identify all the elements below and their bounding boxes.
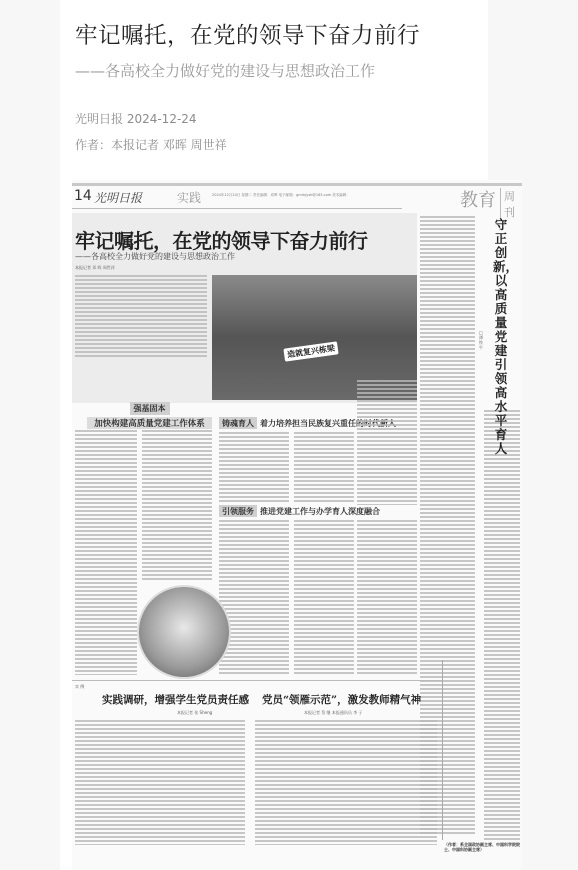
bottom-article-2-body [255,720,437,845]
body-col-6 [219,520,289,675]
section-right: 教育 [460,186,496,212]
subhead-3-kicker: 引领服务 [219,505,257,517]
page-header: 14 光明日报 实践 2024年12月24日 星期二 责任编辑：邓晖 电子邮箱：… [72,188,522,206]
paper-headline: 牢记嘱托，在党的领导下奋力前行 [75,225,368,254]
newspaper-page-image: 14 光明日报 实践 2024年12月24日 星期二 责任编辑：邓晖 电子邮箱：… [72,180,522,870]
header-divider [72,208,402,209]
author-note: （作者：系全国政协副主席、中国科学院院士、中国科协副主席） [444,842,520,852]
weekly-label: 周刊 [500,188,522,220]
intro-text [75,275,207,357]
page-number: 14 [74,188,92,204]
body-col-7 [294,520,354,675]
body-col-8 [357,520,417,675]
bottom-rule [72,680,442,681]
subhead-3: 引领服务推进党建工作与办学育人深度融合 [219,506,380,517]
subhead-1-kicker: 强基固本 [130,402,170,415]
circle-photo [137,585,231,679]
subhead-3-text: 推进党建工作与办学育人深度融合 [260,506,380,516]
bottom-article-2-title: 党员“领雁示范”，激发教师精气神 [262,692,421,707]
photo-sign: 造就复兴栋梁 [283,341,338,361]
header-info: 2024年12月24日 星期二 责任编辑：邓晖 电子邮箱：gmrbjyzk@16… [212,193,350,198]
photo-caption: 中国人民大学学生在开学典礼上… [237,377,290,382]
side-column-title: 守正创新，以高质量党建引领高水平育人 [493,218,509,456]
body-col-5 [357,380,417,505]
body-col-2 [142,430,212,580]
bottom-article-1-body [75,720,245,845]
bottom-article-1-title: 实践调研，增强学生党员责任感 [102,692,249,707]
body-col-1 [75,430,137,675]
article-title: 牢记嘱托，在党的领导下奋力前行 [75,18,420,50]
body-col-4 [294,432,354,502]
side-column-byline: □ 谭铁牛 [479,330,485,350]
bottom-article-2-byline: 本报记者 蔡 继 本报通讯员 李 子 [304,710,362,716]
subhead-2-kicker: 铸魂育人 [219,417,257,429]
side-col-2 [484,410,520,840]
source-date: 光明日报 2024-12-24 [75,110,197,127]
section-name: 实践 [177,189,201,206]
bottom-article-1-byline: 本报记者 张 Sheng [177,710,212,716]
header-rule [72,183,522,186]
headline-box: 牢记嘱托，在党的领导下奋力前行 ——各高校全力做好党的建设与思想政治工作 本报记… [72,213,417,403]
article-subtitle: ——各高校全力做好党的建设与思想政治工作 [75,60,375,81]
subhead-1-text: 加快构建高质量党建工作体系 [87,417,212,429]
paper-byline: 本报记者 邓 晖 周世祥 [75,265,115,271]
masthead: 光明日报 [94,189,142,206]
author-line: 作者：本报记者 邓晖 周世祥 [75,136,227,153]
paper-subhead: ——各高校全力做好党的建设与思想政治工作 [75,251,235,262]
case-label: 实 例 [75,684,84,690]
subhead-1: 强基固本 加快构建高质量党建工作体系 [87,396,212,429]
column-divider [442,660,443,840]
body-col-3 [219,432,289,502]
